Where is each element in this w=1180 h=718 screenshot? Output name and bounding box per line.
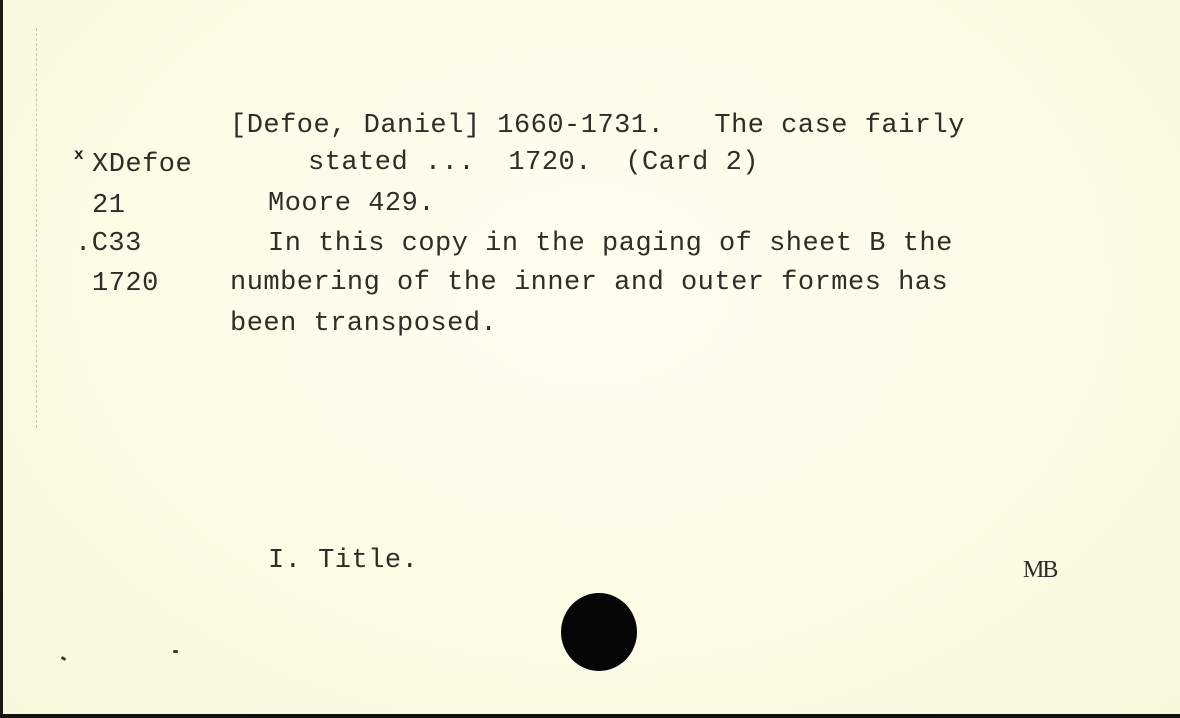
- punch-hole: [561, 593, 637, 671]
- call-number-line-4: 1720: [92, 271, 159, 298]
- ink-speck: [173, 650, 178, 653]
- call-number-line-1: XDefoe: [92, 152, 192, 179]
- reference-line: Moore 429.: [268, 191, 435, 218]
- margin-rule: [36, 28, 37, 428]
- call-number-line-2: 21: [92, 193, 125, 220]
- scan-border: [0, 714, 1180, 718]
- catalog-card: x XDefoe 21 .C33 1720 [Defoe, Daniel] 16…: [3, 0, 1180, 714]
- note-line-1: In this copy in the paging of sheet B th…: [268, 231, 953, 258]
- ink-speck: [61, 656, 67, 661]
- call-number-line-3: .C33: [75, 231, 142, 258]
- library-code: MB: [1023, 558, 1056, 582]
- tracing: I. Title.: [268, 548, 418, 575]
- heading-line: [Defoe, Daniel] 1660-1731. The case fair…: [230, 113, 965, 140]
- note-line-2: numbering of the inner and outer formes …: [230, 270, 948, 297]
- note-line-3: been transposed.: [230, 311, 497, 338]
- title-continuation: stated ... 1720. (Card 2): [308, 150, 759, 177]
- call-number-mark: x: [74, 146, 84, 164]
